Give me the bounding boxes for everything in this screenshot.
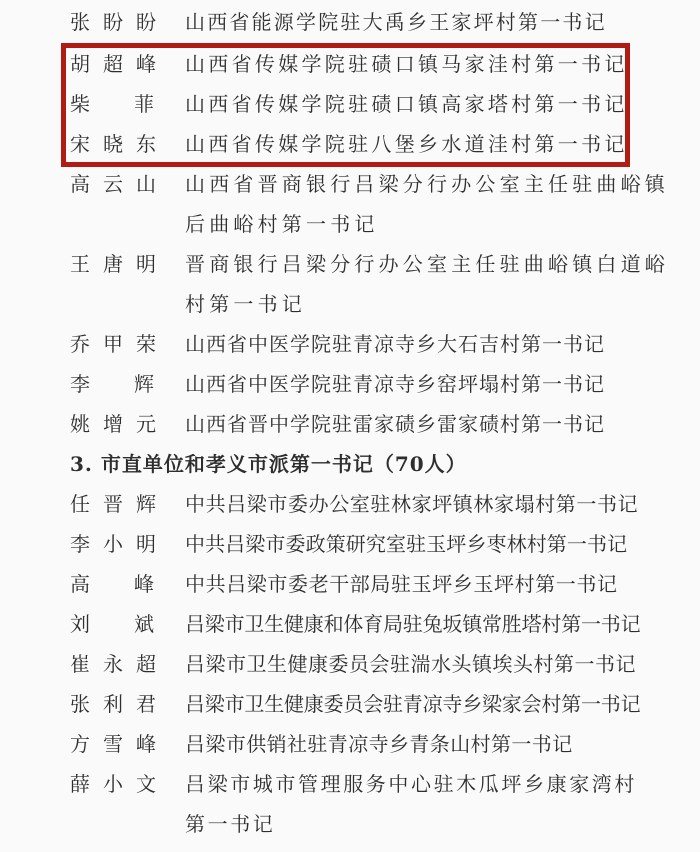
person-name: 高云山	[70, 164, 156, 204]
name-char: 超	[103, 44, 123, 84]
name-char: 超	[136, 644, 156, 684]
assignment-description: 中共吕梁市委办公室驻林家坪镇林家塌村第一书记	[185, 484, 638, 524]
person-name: 李小明	[70, 524, 156, 564]
name-char: 崔	[70, 644, 90, 684]
name-char: 晓	[103, 124, 123, 164]
name-char: 君	[136, 684, 156, 724]
person-name: 胡超峰	[70, 44, 156, 84]
name-char: 云	[103, 164, 123, 204]
person-name: 任晋辉	[70, 484, 156, 524]
assignment-description: 第一书记	[185, 804, 275, 844]
name-char: 李	[70, 524, 90, 564]
name-char: 永	[103, 644, 123, 684]
name-char: 峰	[136, 724, 156, 764]
name-char: 乔	[70, 324, 90, 364]
assignment-description: 后曲峪村第一书记	[185, 204, 379, 244]
name-char: 明	[136, 244, 156, 284]
assignment-description: 山西省中医学院驻青凉寺乡窑坪塌村第一书记	[185, 364, 605, 404]
name-char: 文	[136, 764, 156, 804]
assignment-description: 中共吕梁市委政策研究室驻玉坪乡枣林村第一书记	[185, 524, 627, 564]
name-char: 王	[70, 244, 90, 284]
name-char: 斌	[134, 604, 154, 644]
person-name: 柴菲	[70, 84, 154, 124]
name-char: 任	[70, 484, 90, 524]
name-char: 薛	[70, 764, 90, 804]
person-name: 乔甲荣	[70, 324, 156, 364]
assignment-description: 山西省传媒学院驻八堡乡水道洼村第一书记	[185, 124, 628, 164]
name-char: 雪	[103, 724, 123, 764]
assignment-description: 晋商银行吕梁分行办公室主任驻曲峪镇白道峪	[185, 244, 669, 284]
name-char: 刘	[70, 604, 90, 644]
name-char: 峰	[134, 564, 154, 604]
name-char: 李	[70, 364, 90, 404]
name-char: 方	[70, 724, 90, 764]
person-name: 王唐明	[70, 244, 156, 284]
name-char: 张	[70, 684, 90, 724]
person-name: 姚增元	[70, 404, 156, 444]
name-char: 峰	[136, 44, 156, 84]
assignment-description: 山西省中医学院驻青凉寺乡大石吉村第一书记	[185, 324, 605, 364]
name-char: 高	[70, 564, 90, 604]
name-char: 小	[103, 524, 123, 564]
name-char: 胡	[70, 44, 90, 84]
assignment-description: 山西省传媒学院驻碛口镇马家洼村第一书记	[185, 44, 628, 84]
name-char: 明	[136, 524, 156, 564]
person-name: 高峰	[70, 564, 154, 604]
assignment-description: 村第一书记	[185, 284, 306, 324]
name-char: 甲	[103, 324, 123, 364]
person-name: 刘斌	[70, 604, 154, 644]
assignment-description: 山西省晋中学院驻雷家碛乡雷家碛村第一书记	[185, 404, 605, 444]
name-char: 辉	[136, 484, 156, 524]
name-char: 东	[136, 124, 156, 164]
person-name: 薛小文	[70, 764, 156, 804]
name-char: 张	[70, 2, 90, 42]
assignment-description: 中共吕梁市委老干部局驻玉坪乡玉坪村第一书记	[185, 564, 618, 604]
assignment-description: 吕梁市城市管理服务中心驻木瓜坪乡康家湾村	[185, 764, 637, 804]
name-char: 盼	[136, 2, 156, 42]
name-char: 山	[136, 164, 156, 204]
person-name: 方雪峰	[70, 724, 156, 764]
section-heading: 3. 市直单位和孝义市派第一书记（70人）	[70, 444, 467, 484]
name-char: 唐	[103, 244, 123, 284]
assignment-description: 吕梁市供销社驻青凉寺乡青条山村第一书记	[185, 724, 573, 764]
assignment-description: 山西省传媒学院驻碛口镇高家塔村第一书记	[185, 84, 628, 124]
name-char: 高	[70, 164, 90, 204]
assignment-description: 吕梁市卫生健康委员会驻湍水头镇埃头村第一书记	[185, 644, 636, 684]
name-char: 元	[136, 404, 156, 444]
name-char: 宋	[70, 124, 90, 164]
name-char: 利	[103, 684, 123, 724]
name-char: 晋	[103, 484, 123, 524]
person-name: 张盼盼	[70, 2, 156, 42]
name-char: 增	[103, 404, 123, 444]
name-char: 盼	[103, 2, 123, 42]
assignment-description: 山西省晋商银行吕梁分行办公室主任驻曲峪镇	[185, 164, 669, 204]
name-char: 荣	[136, 324, 156, 364]
name-char: 姚	[70, 404, 90, 444]
person-name: 张利君	[70, 684, 156, 724]
name-char: 菲	[134, 84, 154, 124]
person-name: 李辉	[70, 364, 154, 404]
name-char: 小	[103, 764, 123, 804]
assignment-description: 山西省能源学院驻大禹乡王家坪村第一书记	[185, 2, 607, 42]
assignment-description: 吕梁市卫生健康和体育局驻兔坂镇常胜塔村第一书记	[185, 604, 640, 644]
assignment-description: 吕梁市卫生健康委员会驻青凉寺乡梁家会村第一书记	[185, 684, 640, 724]
name-char: 辉	[134, 364, 154, 404]
person-name: 崔永超	[70, 644, 156, 684]
name-char: 柴	[70, 84, 90, 124]
person-name: 宋晓东	[70, 124, 156, 164]
